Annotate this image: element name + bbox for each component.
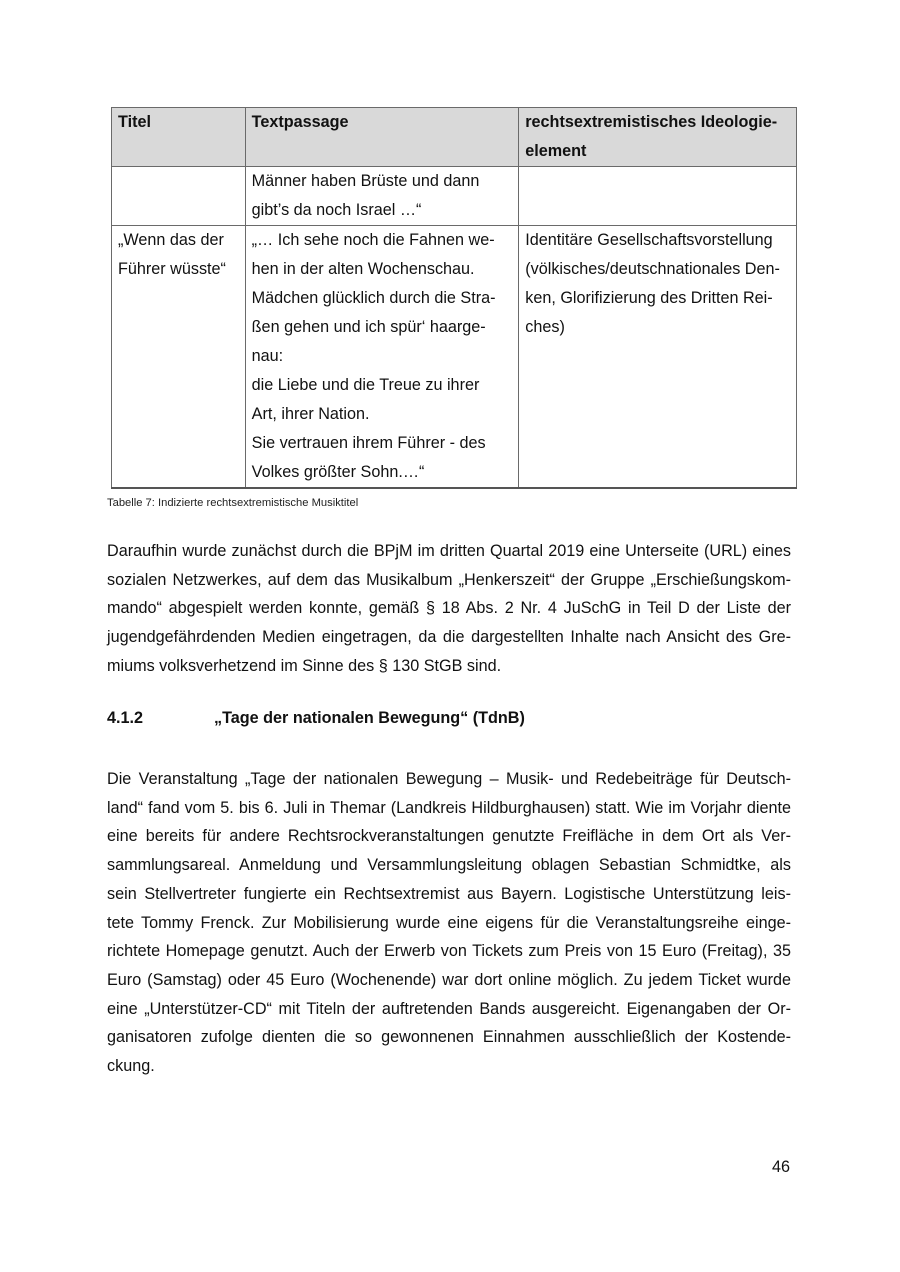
body-paragraph-1: Daraufhin wurde zunächst durch die BPjM … [107,537,791,681]
header-titel: Titel [112,108,246,167]
music-titles-table: Titel Textpassage rechtsextremistisches … [111,107,797,489]
cell-textpassage: „… Ich sehe noch die Fahnen we- hen in d… [245,226,519,489]
header-textpassage: Textpassage [245,108,519,167]
header-ideologie: rechtsextremistisches Ideologie- element [519,108,797,167]
section-heading: 4.1.2„Tage der nationalen Bewegung“ (Tdn… [107,709,525,728]
cell-titel: „Wenn das der Führer wüsste“ [112,226,246,489]
page-number: 46 [772,1158,790,1177]
table-row: Männer haben Brüste und dann gibt’s da n… [112,167,797,226]
table-row: „Wenn das der Führer wüsste“ „… Ich sehe… [112,226,797,489]
table-caption: Tabelle 7: Indizierte rechtsextremistisc… [107,497,358,509]
cell-ideologie [519,167,797,226]
section-number: 4.1.2 [107,709,214,728]
document-page: Titel Textpassage rechtsextremistisches … [0,0,900,1272]
table-header-row: Titel Textpassage rechtsextremistisches … [112,108,797,167]
cell-textpassage: Männer haben Brüste und dann gibt’s da n… [245,167,519,226]
cell-titel [112,167,246,226]
body-paragraph-2: Die Veranstaltung „Tage der nationalen B… [107,765,791,1081]
cell-ideologie: Identitäre Gesellschaftsvorstellung (völ… [519,226,797,489]
section-title: „Tage der nationalen Bewegung“ (TdnB) [214,709,525,727]
